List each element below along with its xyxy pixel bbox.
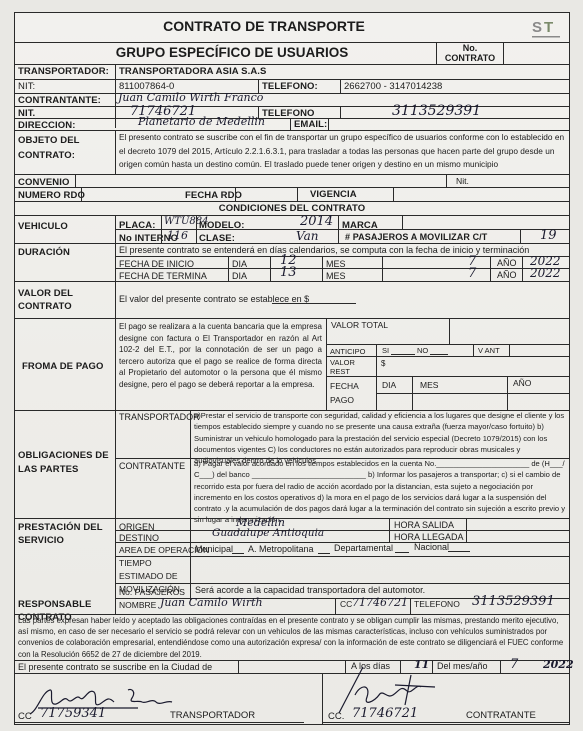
suscripcion-ciudad-label: El presente contrato se suscribe en la C… [18,662,212,672]
destino-value[interactable]: Guadalupe Antioquia [212,527,324,539]
anticipo-no-field[interactable] [430,346,448,355]
telefono-value: 2662700 - 3147014238 [344,81,442,92]
responsable-cc-label: CC [340,599,352,609]
termina-mes-label: MES [326,271,346,281]
anticipo-si-field[interactable] [391,346,415,355]
vehiculo-label: VEHICULO [18,221,68,232]
svg-text:S: S [532,19,542,36]
vigencia-label: VIGENCIA [310,189,357,200]
no-contrato-label: No. CONTRATO [436,42,504,64]
suscripcion-ciudad-field[interactable] [240,661,345,672]
responsable-telefono-label: TELEFONO [414,599,460,609]
area-option-departamental[interactable]: Departamental [334,543,393,553]
area-municipal-blank [232,544,244,554]
anticipo-no-label: NO [417,346,428,355]
responsable-nombre-label: NOMBRE [119,600,156,610]
no-pasajeros-text: Será acorde a la capacidad transportador… [195,585,425,595]
form-title: CONTRATO DE TRANSPORTE [14,14,514,38]
obligaciones-transportador-label: TRANSPORTADOR [119,412,200,422]
area-option-nacional[interactable]: Nacional [414,542,449,552]
transportador-cc-value[interactable]: 71759341 [40,706,106,721]
area-departamental-blank [395,543,409,553]
hora-salida-field[interactable] [468,519,568,529]
condiciones-title: CONDICIONES DEL CONTRATO [14,203,570,214]
termina-ano-label: AÑO [497,270,517,280]
valor-rest-label: VALOR REST [330,358,370,376]
termina-ano-value[interactable]: 2022 [530,266,561,280]
svg-text:T: T [544,19,553,36]
responsable-telefono-value[interactable]: 3113529391 [472,594,555,609]
contratante-value[interactable]: Juan Camilo Wirth Franco [118,91,263,104]
v-ant-label: V ANT [478,346,500,355]
hora-llegada-field[interactable] [468,531,568,541]
marca-field[interactable] [404,216,568,228]
transportador-signature-label: TRANSPORTADOR [170,710,255,721]
hora-salida-label: HORA SALIDA [394,520,454,530]
contratante-label: CONTRANTANTE: [18,95,101,106]
suscripcion-mes-value[interactable]: 7 [510,657,518,672]
prestacion-label: PRESTACIÓN DEL SERVICIO [18,521,113,547]
valor-total-label: VALOR TOTAL [331,320,388,330]
convenio-nit-label: Nit. [456,176,469,186]
numero-rdo-label: NUMERO RDO [18,190,85,201]
area-metropolitana-blank [318,544,330,554]
obligaciones-label: OBLIGACIONES DE LAS PARTES [18,449,113,477]
duracion-label: DURACIÓN [18,247,70,258]
form-subtitle: GRUPO ESPECÍFICO DE USUARIOS [14,42,450,64]
termina-dia-value[interactable]: 13 [280,265,297,280]
modelo-value[interactable]: 2014 [300,214,333,229]
no-interno-value[interactable]: 116 [167,229,188,242]
anticipo-si-label: SI [382,346,389,355]
valor-amount-field[interactable] [272,293,356,304]
obligaciones-contratante-label: CONTRATANTE [119,461,185,471]
responsable-nombre-value[interactable]: Juan Camilo Wirth [160,596,263,609]
anticipo-label: ANTICIPO [330,347,365,356]
area-option-metropolitana[interactable]: A. Metropolitana [248,544,314,554]
suscripcion-ano-value[interactable]: 2022 [543,658,574,671]
tiempo-estimado-field[interactable] [192,557,568,582]
termina-dia-label: DIA [232,271,247,281]
inicio-ano-label: AÑO [497,258,517,268]
transportador-value: TRANSPORTADORA ASIA S.A.S [119,66,266,77]
pasajeros-value[interactable]: 19 [540,228,557,243]
direccion-value[interactable]: Planetario de Medellin [138,115,265,128]
email-label: EMAIL: [294,119,327,130]
forma-pago-text: El pago se realizara a la cuenta bancari… [119,321,322,390]
clase-value[interactable]: Van [296,229,318,243]
contratante-cc-label: CC. [328,711,344,722]
transportador-cc-label: CC [18,711,32,722]
fecha-termina-label: FECHA DE TERMINA [119,271,207,281]
fecha-rdo-label: FECHA RDO [185,190,242,201]
fecha-pago-dia-label: DIA [382,380,396,390]
telefono2-value[interactable]: 3113529391 [392,103,481,119]
forma-pago-label: FROMA DE PAGO [22,361,104,372]
fecha-pago-ano-label: AÑO [513,378,531,388]
area-option-municipal[interactable]: Municipal [195,544,233,554]
valor-label: VALOR DEL CONTRATO [18,287,108,313]
fecha-pago-label: FECHA PAGO [330,379,370,407]
clausula-text: Las partes expresan haber leído y acepta… [18,615,568,660]
email-field[interactable] [330,118,568,130]
st-logo-icon: ST [528,16,564,42]
termina-mes-value[interactable]: 7 [468,266,476,281]
area-nacional-blank [448,542,470,552]
telefono-label: TELEFONO: [262,81,318,92]
nit-label: NIT: [18,81,35,92]
no-contrato-field[interactable] [504,42,570,64]
hora-llegada-label: HORA LLEGADA [394,532,464,542]
valor-rest-value[interactable]: $ [381,359,385,368]
responsable-cc-value[interactable]: 71746721 [352,596,408,609]
contratante-cc-value[interactable]: 71746721 [352,706,418,721]
fecha-pago-mes-label: MES [420,380,438,390]
contratante-signature-label: CONTRATANTE [466,710,536,721]
pasajeros-label: # PASAJEROS A MOVILIZAR C/T [345,232,487,242]
objeto-label: OBJETO DEL CONTRATO: [18,133,108,163]
transportador-label: TRANSPORTADOR: [18,66,109,77]
objeto-text: El presento contrato se suscribe con el … [119,131,567,172]
